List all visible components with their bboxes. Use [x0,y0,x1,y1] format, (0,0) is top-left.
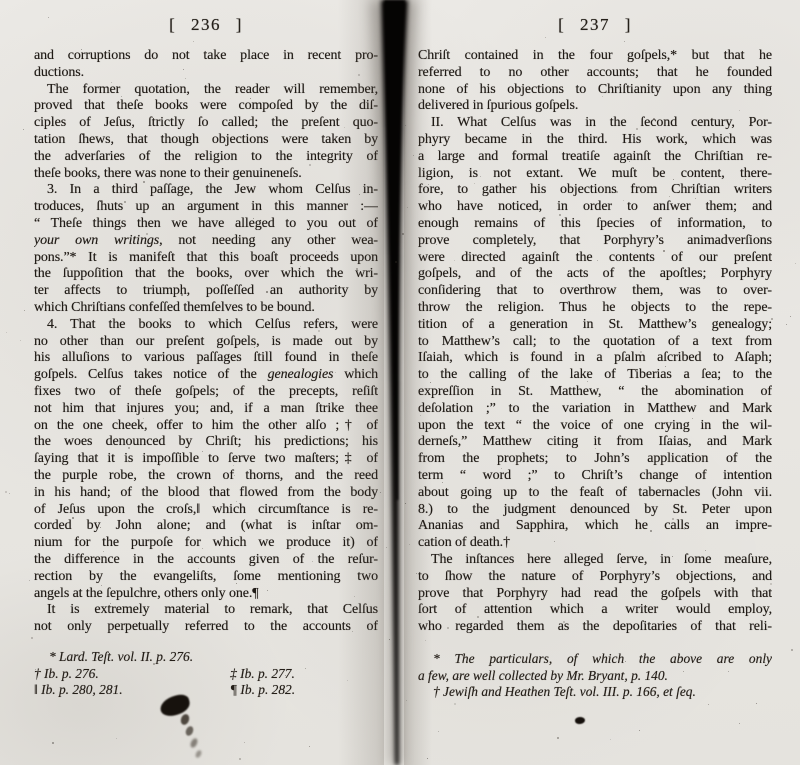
binding-crease [0,0,800,765]
paper-speckles [0,0,1,1]
book-scan: [ 236 ] [ 237 ] and corruptions do not t… [0,0,800,765]
